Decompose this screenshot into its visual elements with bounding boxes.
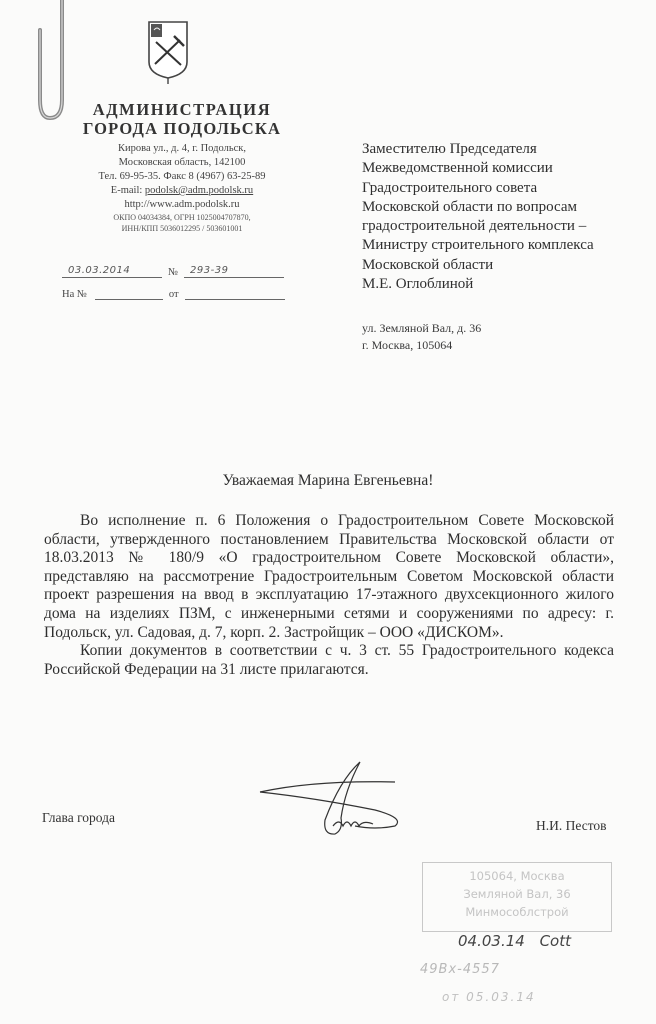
org-address-line2: Московская область, 142100 xyxy=(62,156,302,170)
incoming-registration-stamp: 105064, Москва Земляной Вал, 36 Минмособ… xyxy=(422,862,612,932)
org-email-row: E-mail: podolsk@adm.podolsk.ru xyxy=(62,184,302,198)
letterhead: АДМИНИСТРАЦИЯ ГОРОДА ПОДОЛЬСКА Кирова ул… xyxy=(62,100,302,234)
outgoing-date-field: 03.03.2014 xyxy=(62,261,162,278)
received-initials: Cott xyxy=(540,932,571,950)
podolsk-coat-of-arms-icon xyxy=(146,16,190,86)
outgoing-date: 03.03.2014 xyxy=(68,265,130,276)
body-paragraph: Во исполнение п. 6 Положения о Градостро… xyxy=(44,512,614,642)
addressee-address: ул. Земляной Вал, д. 36 г. Москва, 10506… xyxy=(362,320,652,354)
received-date: 04.03.14 xyxy=(458,932,525,950)
organization-title-line1: АДМИНИСТРАЦИЯ xyxy=(62,100,302,119)
addressee-line: Межведомственной комиссии xyxy=(362,159,652,178)
website-link[interactable]: http://www.adm.podolsk.ru xyxy=(62,198,302,212)
stamp-line: Земляной Вал, 36 xyxy=(423,885,611,903)
handwritten-signature-icon xyxy=(255,760,415,840)
outgoing-number-field: 293-39 xyxy=(184,261,284,278)
reply-from-label: от xyxy=(163,289,185,300)
incoming-date: от 05.03.14 xyxy=(442,990,536,1004)
body-paragraph: Копии документов в соответствии с ч. 3 с… xyxy=(44,642,614,679)
addressee-city: г. Москва, 105064 xyxy=(362,337,652,354)
org-address-line1: Кирова ул., д. 4, г. Подольск, xyxy=(62,142,302,156)
email-label: E-mail: xyxy=(111,185,145,196)
salutation: Уважаемая Марина Евгеньевна! xyxy=(0,472,656,490)
addressee-street: ул. Земляной Вал, д. 36 xyxy=(362,320,652,337)
organization-title-line2: ГОРОДА ПОДОЛЬСКА xyxy=(62,119,302,138)
stamp-line: 105064, Москва xyxy=(423,867,611,885)
addressee-line: Градостроительного совета xyxy=(362,179,652,198)
addressee-line: Московской области xyxy=(362,256,652,275)
number-label: № xyxy=(162,267,184,278)
addressee-line: Заместителю Председателя xyxy=(362,140,652,159)
incoming-number: 49Вх-4557 xyxy=(420,962,500,977)
outgoing-number: 293-39 xyxy=(190,265,228,276)
addressee-line: Министру строительного комплекса xyxy=(362,236,652,255)
registration-block: 03.03.2014 № 293-39 На № от xyxy=(62,256,302,300)
reply-to-label: На № xyxy=(62,289,95,300)
org-codes-line1: ОКПО 04034384, ОГРН 1025004707870, xyxy=(62,212,302,223)
letter-body: Во исполнение п. 6 Положения о Градостро… xyxy=(44,512,614,679)
reply-from-field xyxy=(185,283,285,300)
email-link[interactable]: podolsk@adm.podolsk.ru xyxy=(145,185,253,196)
received-mark: 04.03.14 Cott xyxy=(458,932,571,950)
stamp-line: Минмособлстрой xyxy=(423,903,611,921)
org-phone-fax: Тел. 69-95-35. Факс 8 (4967) 63-25-89 xyxy=(62,170,302,184)
addressee-line: Московской области по вопросам xyxy=(362,198,652,217)
addressee-line: градостроительной деятельности – xyxy=(362,217,652,236)
signatory-position: Глава города xyxy=(42,810,115,826)
addressee-name: М.Е. Оглоблиной xyxy=(362,275,652,294)
reply-to-field xyxy=(95,283,163,300)
org-codes-line2: ИНН/КПП 5036012295 / 503601001 xyxy=(62,223,302,234)
addressee-block: Заместителю Председателя Межведомственно… xyxy=(362,140,652,294)
signatory-name: Н.И. Пестов xyxy=(536,818,607,834)
